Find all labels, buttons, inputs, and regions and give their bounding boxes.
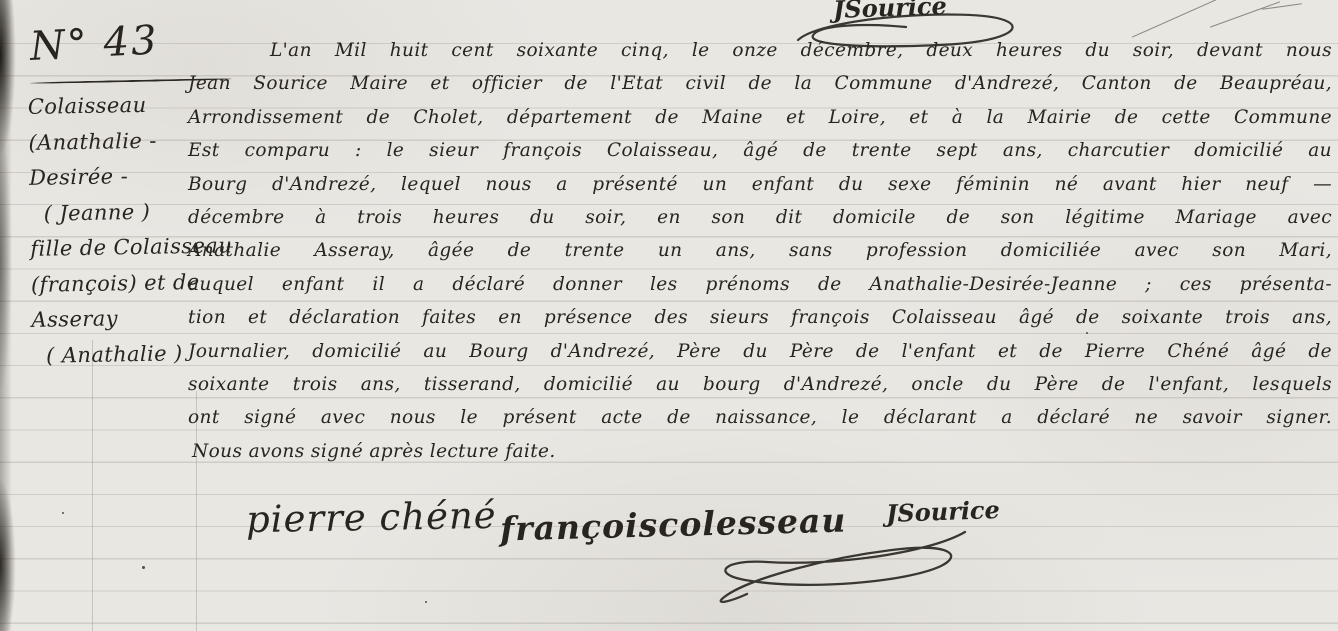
stray-pen-stroke bbox=[1210, 1, 1280, 27]
ink-speck bbox=[142, 566, 145, 569]
stray-pen-stroke bbox=[1132, 0, 1216, 38]
act-body-line: ont signé avec nous le présent acte de n… bbox=[188, 401, 1332, 434]
act-body-line: Anathalie Asseray, âgée de trente un ans… bbox=[188, 234, 1332, 267]
act-body-line: Journalier, domicilié au Bourg d'Andrezé… bbox=[188, 335, 1332, 368]
act-body-line: décembre à trois heures du soir, en son … bbox=[188, 201, 1332, 234]
act-body-line: Est comparu : le sieur françois Colaisse… bbox=[188, 134, 1332, 167]
book-binding-edge bbox=[0, 0, 16, 631]
act-body-line: Arrondissement de Cholet, département de… bbox=[188, 101, 1332, 134]
act-body-line: L'an Mil huit cent soixante cinq, le onz… bbox=[188, 34, 1332, 67]
act-body-line: soixante trois ans, tisserand, domicilié… bbox=[188, 368, 1332, 401]
act-body-line: Jean Sourice Maire et officier de l'Etat… bbox=[188, 67, 1332, 100]
signature-paraph-bottom bbox=[703, 522, 979, 610]
ink-speck bbox=[62, 512, 64, 514]
act-body-text: L'an Mil huit cent soixante cinq, le onz… bbox=[188, 34, 1332, 468]
act-body-line: Nous avons signé après lecture faite. bbox=[188, 435, 1332, 468]
ink-speck bbox=[425, 601, 427, 603]
act-body-line: auquel enfant il a déclaré donner les pr… bbox=[188, 268, 1332, 301]
paper-crease bbox=[92, 340, 93, 631]
scanned-register-page: { "document": { "kind": "Acte de naissan… bbox=[0, 0, 1338, 631]
signature-pierre-chene: pierre chéné bbox=[246, 494, 497, 541]
act-body-line: Bourg d'Andrezé, lequel nous a présenté … bbox=[188, 168, 1332, 201]
act-body-line: tion et déclaration faites en présence d… bbox=[188, 301, 1332, 334]
